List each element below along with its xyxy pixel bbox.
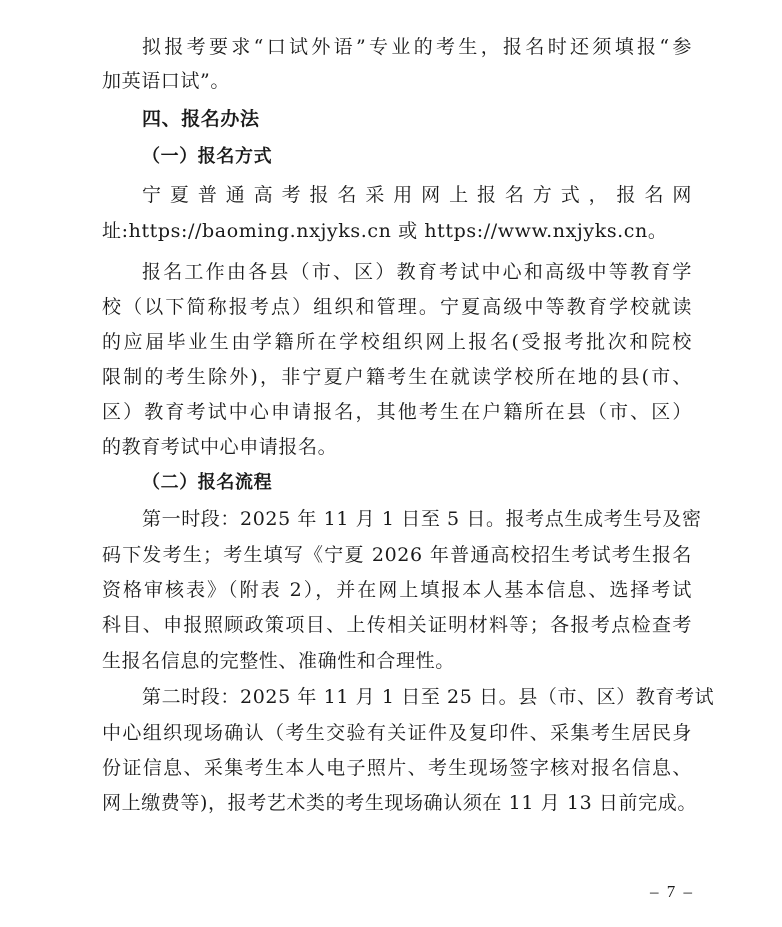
subsection-heading: （二）报名流程 xyxy=(102,466,692,500)
page-number: – 7 – xyxy=(650,882,694,902)
subsection-heading: （一）报名方式 xyxy=(102,140,692,174)
text-line: 中心组织现场确认（考生交验有关证件及复印件、采集考生居民身 xyxy=(102,716,692,750)
text-line: 网上缴费等)，报考艺术类的考生现场确认须在 11 月 13 日前完成。 xyxy=(102,786,692,820)
text-line: 份证信息、采集考生本人电子照片、考生现场签字核对报名信息、 xyxy=(102,751,692,785)
text-line: 加英语口试”。 xyxy=(102,64,692,98)
text-line: 报名工作由各县（市、区）教育考试中心和高级中等教育学 xyxy=(102,255,692,289)
text-line: 拟报考要求“口试外语”专业的考生，报名时还须填报“参 xyxy=(102,30,692,64)
text-line: 限制的考生除外)，非宁夏户籍考生在就读学校所在地的县(市、 xyxy=(102,360,692,394)
text-line: 的应届毕业生由学籍所在学校组织网上报名(受报考批次和院校 xyxy=(102,325,692,359)
text-line: 第二时段：2025 年 11 月 1 日至 25 日。县（市、区）教育考试 xyxy=(102,680,692,714)
text-line-urls: 址:https://baoming.nxjyks.cn 或 https://ww… xyxy=(102,214,692,248)
text-line: 区）教育考试中心申请报名，其他考生在户籍所在县（市、区） xyxy=(102,395,692,429)
text-line: 校（以下简称报考点）组织和管理。宁夏高级中等教育学校就读 xyxy=(102,290,692,324)
text-line: 科目、申报照顾政策项目、上传相关证明材料等；各报考点检查考 xyxy=(102,608,692,642)
section-heading: 四、报名办法 xyxy=(102,102,692,136)
text-line: 宁夏普通高考报名采用网上报名方式，报名网 xyxy=(102,178,692,212)
text-line: 码下发考生；考生填写《宁夏 2026 年普通高校招生考试考生报名 xyxy=(102,538,692,572)
text-line: 的教育考试中心申请报名。 xyxy=(102,430,692,464)
text-line: 生报名信息的完整性、准确性和合理性。 xyxy=(102,644,692,678)
text-line: 资格审核表》（附表 2），并在网上填报本人基本信息、选择考试 xyxy=(102,573,692,607)
text-line: 第一时段：2025 年 11 月 1 日至 5 日。报考点生成考生号及密 xyxy=(102,502,692,536)
